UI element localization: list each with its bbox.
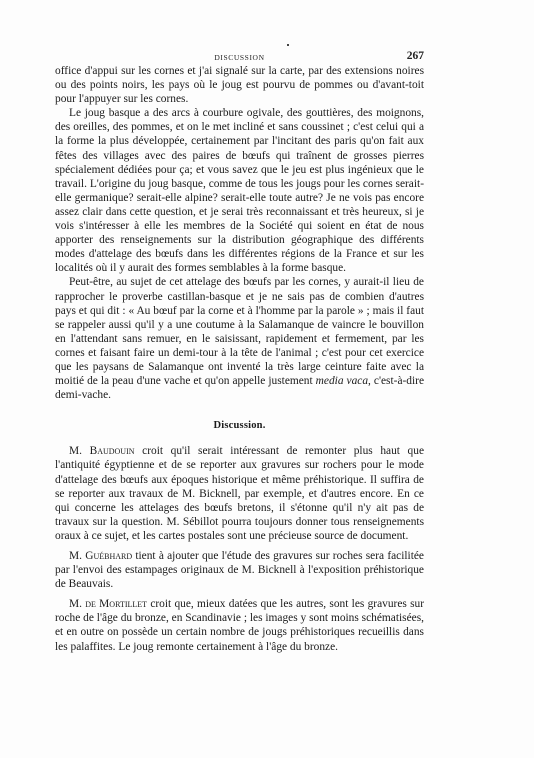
- page-header: DISCUSSION 267: [55, 50, 424, 64]
- running-title: DISCUSSION: [55, 53, 424, 62]
- paragraph-proverbe: Peut-être, au sujet de cet attelage des …: [55, 275, 424, 402]
- page-number: 267: [407, 50, 424, 62]
- discussion-entry-mortillet: M. de Mortillet croit que, mieux datées …: [55, 597, 424, 653]
- paragraph-text: Peut-être, au sujet de cet attelage des …: [55, 276, 424, 387]
- paragraph-continuation: office d'appui sur les cornes et j'ai si…: [55, 64, 424, 106]
- entry-text: croit qu'il serait intéressant de remont…: [55, 445, 424, 542]
- speaker-name: Guébhard: [85, 550, 132, 562]
- page-body: office d'appui sur les cornes et j'ai si…: [55, 64, 424, 654]
- print-speck: [287, 44, 289, 46]
- paragraph-joug-basque: Le joug basque a des arcs à courbure ogi…: [55, 106, 424, 275]
- document-page: DISCUSSION 267 office d'appui sur les co…: [0, 0, 534, 758]
- speaker-name: Baudouin: [90, 445, 135, 457]
- speaker-prefix: M.: [69, 550, 85, 562]
- speaker-name: de Mortillet: [85, 598, 147, 610]
- discussion-entry-baudouin: M. Baudouin croit qu'il serait intéressa…: [55, 444, 424, 543]
- speaker-prefix: M.: [69, 445, 90, 457]
- italic-term: media vaca: [316, 375, 368, 387]
- discussion-entry-guebhard: M. Guébhard tient à ajouter que l'étude …: [55, 549, 424, 591]
- speaker-prefix: M.: [69, 598, 85, 610]
- section-heading-discussion: Discussion.: [55, 419, 424, 433]
